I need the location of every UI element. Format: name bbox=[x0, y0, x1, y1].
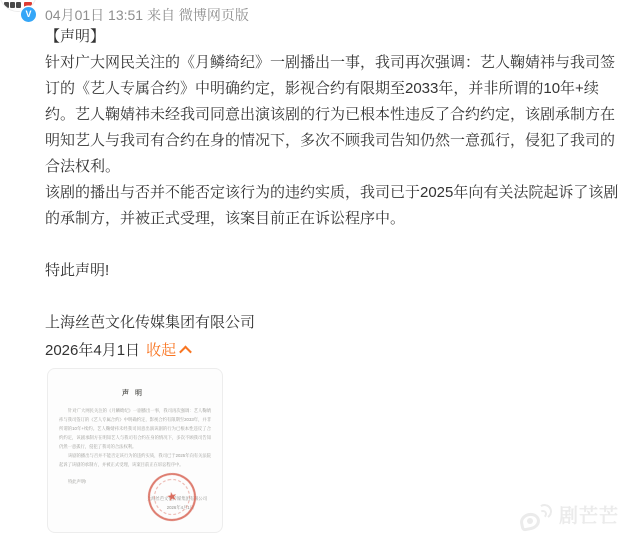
letter-paragraph: 针对广大网民关注的《月鳞绮纪》一剧播出一事，我司再次强调：艺人鞠婧祎与我司签订的… bbox=[59, 406, 211, 451]
collapse-link[interactable]: 收起 bbox=[146, 339, 190, 360]
watermark: 剧芒芒 bbox=[520, 503, 619, 531]
post-date: 2026年4月1日 bbox=[45, 339, 140, 360]
chevron-up-icon bbox=[179, 346, 192, 359]
post-timestamp[interactable]: 04月01日 13:51 来自 微博网页版 bbox=[45, 7, 249, 24]
verified-badge-icon: V bbox=[21, 7, 36, 22]
watermark-label: 剧芒芒 bbox=[559, 507, 619, 527]
attachment-image[interactable]: 声明 针对广大网民关注的《月鳞绮纪》一剧播出一事，我司再次强调：艺人鞠婧祎与我司… bbox=[47, 368, 223, 533]
post-content-text: 【声明】 针对广大网民关注的《月鳞绮纪》一剧播出一事，我司再次强调：艺人鞠婧祎与… bbox=[45, 24, 620, 336]
letter-document: 声明 针对广大网民关注的《月鳞绮纪》一剧播出一事，我司再次强调：艺人鞠婧祎与我司… bbox=[48, 369, 222, 532]
weibo-post-card: V 04月01日 13:51 来自 微博网页版 【声明】 针对广大网民关注的《月… bbox=[0, 0, 625, 535]
letter-paragraph: 该剧的播出与否并不能否定该行为的违约实质，我司已于2025年向有关法院起诉了该剧… bbox=[59, 451, 211, 469]
letter-title: 声明 bbox=[59, 388, 211, 398]
collapse-label: 收起 bbox=[146, 339, 176, 360]
weibo-logo-icon bbox=[520, 503, 554, 531]
letter-body: 针对广大网民关注的《月鳞绮纪》一剧播出一事，我司再次强调：艺人鞠婧祎与我司签订的… bbox=[59, 406, 211, 469]
post-date-row: 2026年4月1日 收起 bbox=[45, 336, 190, 362]
